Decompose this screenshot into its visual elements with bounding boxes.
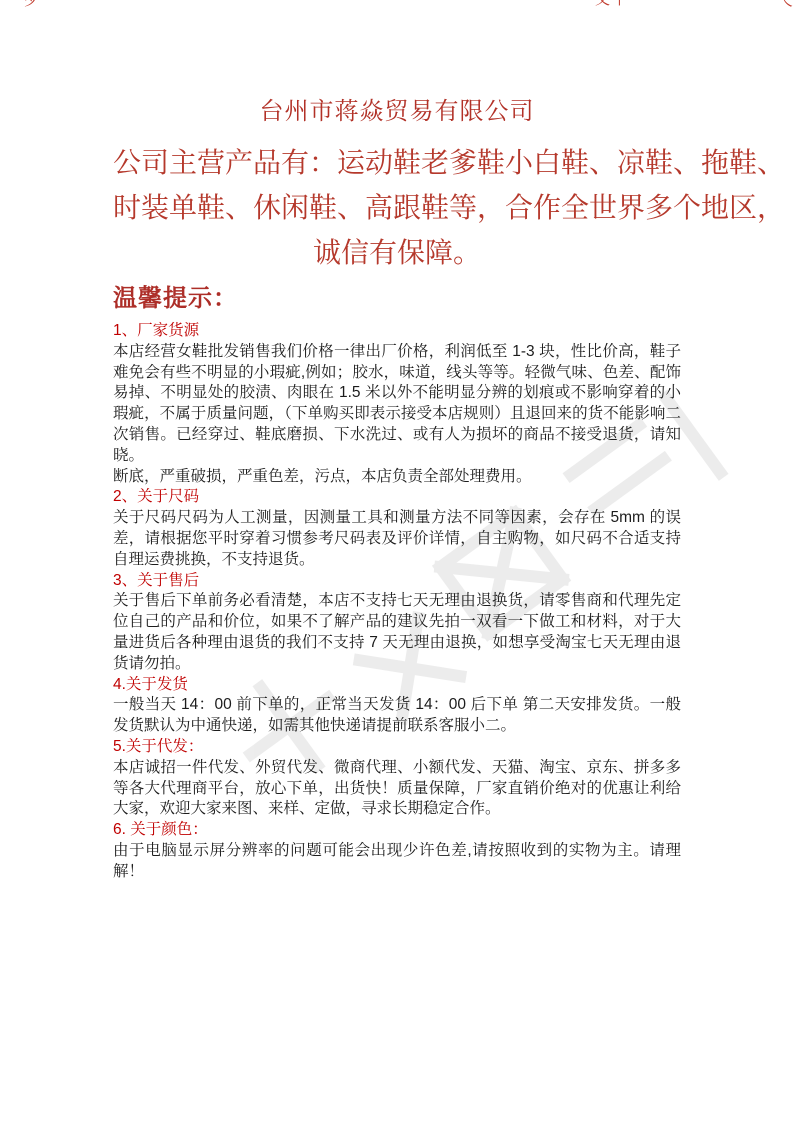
section-sizing: 2、关于尺码 关于尺码尺码为人工测量，因测量工具和测量方法不同等因素，会存在 5… <box>113 487 681 570</box>
section-heading: 6. 关于颜色： <box>113 820 681 841</box>
document-page: 夕 乂丨 乀 台州市蒋焱贸易有限公司 公司主营产品有：运动鞋老爹鞋小白鞋、凉鞋、… <box>0 0 793 1122</box>
top-edge-fragment-left: 夕 <box>24 0 39 8</box>
top-edge-fragment-far-right: 乀 <box>778 0 793 8</box>
company-title: 台州市蒋焱贸易有限公司 <box>113 96 681 128</box>
section-heading: 4.关于发货 <box>113 675 681 696</box>
subtitle-line-3: 诚信有保障。 <box>113 230 681 275</box>
company-products-subtitle: 公司主营产品有：运动鞋老爹鞋小白鞋、凉鞋、拖鞋、 时装单鞋、休闲鞋、高跟鞋等，合… <box>113 140 681 275</box>
subtitle-line-2: 时装单鞋、休闲鞋、高跟鞋等，合作全世界多个地区， <box>113 185 681 230</box>
section-paragraph: 关于售后下单前务必看清楚，本店不支持七天无理由退换货，请零售商和代理先定位自己的… <box>113 591 681 674</box>
section-paragraph: 一般当天 14：00 前下单的，正常当天发货 14：00 后下单 第二天安排发货… <box>113 695 681 737</box>
section-factory-supply: 1、厂家货源 本店经营女鞋批发销售我们价格一律出厂价格，利润低至 1-3 块，性… <box>113 321 681 487</box>
section-paragraph: 关于尺码尺码为人工测量，因测量工具和测量方法不同等因素，会存在 5mm 的误差，… <box>113 508 681 570</box>
section-heading: 5.关于代发： <box>113 737 681 758</box>
section-color: 6. 关于颜色： 由于电脑显示屏分辨率的问题可能会出现少许色差,请按照收到的实物… <box>113 820 681 882</box>
section-paragraph: 本店诚招一件代发、外贸代发、微商代理、小额代发、天猫、淘宝、京东、拼多多等各大代… <box>113 758 681 820</box>
section-heading: 2、关于尺码 <box>113 487 681 508</box>
section-heading: 3、关于售后 <box>113 571 681 592</box>
section-paragraph: 本店经营女鞋批发销售我们价格一律出厂价格，利润低至 1-3 块，性比价高，鞋子难… <box>113 342 681 467</box>
section-heading: 1、厂家货源 <box>113 321 681 342</box>
section-dropshipping: 5.关于代发： 本店诚招一件代发、外贸代发、微商代理、小额代发、天猫、淘宝、京东… <box>113 737 681 820</box>
notice-heading: 温馨提示： <box>113 283 681 315</box>
section-paragraph: 由于电脑显示屏分辨率的问题可能会出现少许色差,请按照收到的实物为主。请理解！ <box>113 841 681 883</box>
subtitle-line-1: 公司主营产品有：运动鞋老爹鞋小白鞋、凉鞋、拖鞋、 <box>113 140 681 185</box>
section-paragraph: 断底，严重破损，严重色差，污点，本店负责全部处理费用。 <box>113 467 681 488</box>
top-edge-fragment-right: 乂丨 <box>595 0 629 7</box>
section-shipping: 4.关于发货 一般当天 14：00 前下单的，正常当天发货 14：00 后下单 … <box>113 675 681 737</box>
section-after-sales: 3、关于售后 关于售后下单前务必看清楚，本店不支持七天无理由退换货，请零售商和代… <box>113 571 681 675</box>
document-content: 台州市蒋焱贸易有限公司 公司主营产品有：运动鞋老爹鞋小白鞋、凉鞋、拖鞋、 时装单… <box>113 96 681 883</box>
